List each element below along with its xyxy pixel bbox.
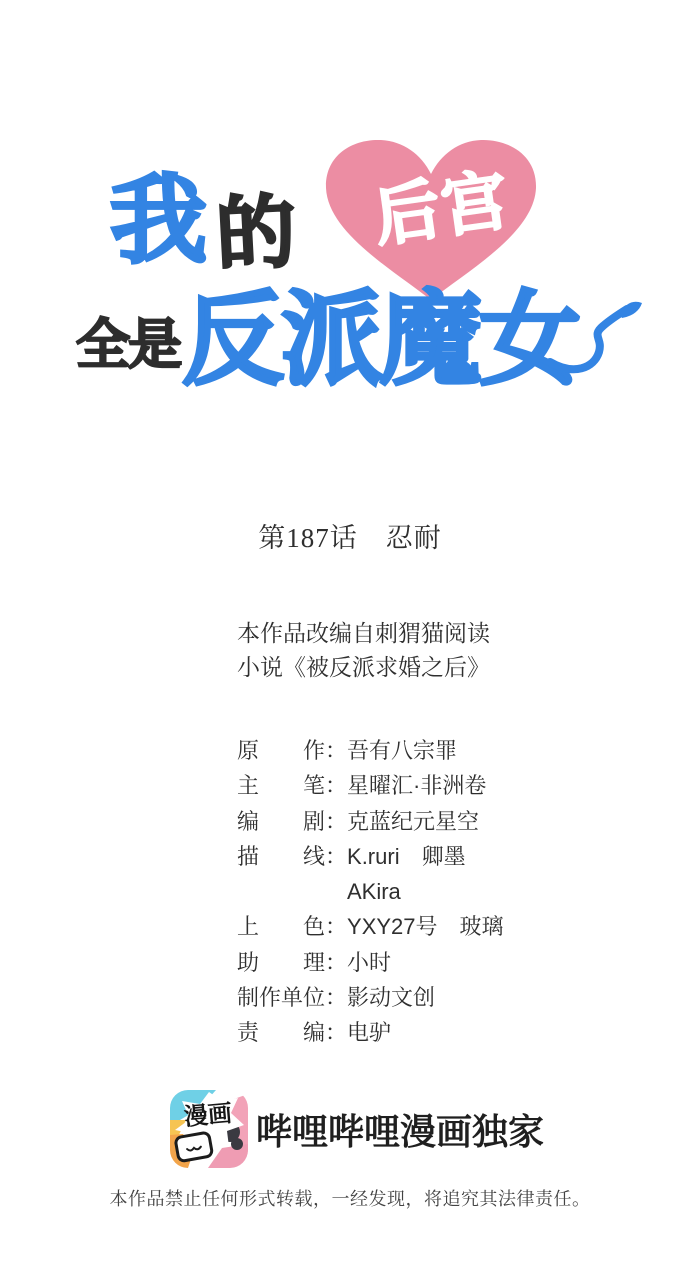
comic-title-page[interactable]: 后宫 我 的 全是 反派魔女 第187话 忍耐 本作品改编自刺猬猫阅读 小说《被…	[0, 0, 700, 1283]
credit-value: 影动文创	[347, 985, 435, 1010]
credit-row-lineart: 描 线：K.ruri 卿墨	[237, 839, 504, 874]
copyright-notice: 本作品禁止任何形式转载，一经发现，将追究其法律责任。	[0, 1185, 700, 1211]
logo-word-quanshi: 全是	[76, 318, 180, 372]
credit-label: 助 理：	[237, 945, 347, 980]
credit-value: 星曜汇·非洲卷	[347, 773, 486, 798]
logo-char-wo: 我	[110, 172, 207, 269]
credit-value: AKira	[347, 879, 401, 904]
credit-value: 小时	[347, 950, 391, 975]
credit-row-original-author: 原 作：吾有八宗罪	[237, 733, 504, 768]
devil-tail-icon	[548, 296, 648, 378]
credit-value: 克蓝纪元星空	[347, 809, 479, 834]
series-logo: 后宫 我 的 全是 反派魔女	[0, 0, 700, 440]
credit-row-script: 编 剧：克蓝纪元星空	[237, 804, 504, 839]
credits-list: 原 作：吾有八宗罪 主 笔：星曜汇·非洲卷 编 剧：克蓝纪元星空 描 线：K.r…	[237, 733, 504, 1051]
credit-value: 吾有八宗罪	[347, 738, 457, 763]
adaptation-note: 本作品改编自刺猬猫阅读 小说《被反派求婚之后》	[237, 616, 490, 684]
credit-row-lead-artist: 主 笔：星曜汇·非洲卷	[237, 768, 504, 803]
adaptation-line-2: 小说《被反派求婚之后》	[237, 650, 490, 684]
credit-label: 上 色：	[237, 909, 347, 944]
credit-row-assistant: 助 理：小时	[237, 945, 504, 980]
credit-label: 描 线：	[237, 839, 347, 874]
chapter-title: 第187话 忍耐	[0, 516, 700, 555]
adaptation-line-1: 本作品改编自刺猬猫阅读	[237, 616, 490, 650]
credit-label: 主 笔：	[237, 768, 347, 803]
app-icon-text: 漫画	[183, 1099, 233, 1131]
credit-row-studio: 制作单位：影动文创	[237, 980, 504, 1015]
credit-label: 制作单位：	[237, 980, 347, 1015]
publisher-exclusive-label: 哔哩哔哩漫画独家	[256, 1104, 544, 1155]
credit-value: K.ruri 卿墨	[347, 844, 466, 869]
credit-row-coloring: 上 色：YXY27号 玻璃	[237, 909, 504, 944]
bilibili-manga-app-icon: 漫画	[170, 1090, 248, 1168]
credit-label: 原 作：	[237, 733, 347, 768]
logo-word-fanpai-monü: 反派魔女	[182, 290, 578, 392]
credit-value: 电驴	[347, 1020, 391, 1045]
credit-row-lineart-cont: AKira	[237, 874, 504, 909]
logo-char-de: 的	[214, 192, 298, 276]
tv-face-icon	[175, 1132, 213, 1162]
credit-row-editor: 责 编：电驴	[237, 1015, 504, 1050]
credit-label: 责 编：	[237, 1015, 347, 1050]
publisher-row: 漫画 哔哩哔哩漫画独家	[0, 1088, 700, 1170]
credit-value: YXY27号 玻璃	[347, 914, 504, 939]
credit-label: 编 剧：	[237, 804, 347, 839]
